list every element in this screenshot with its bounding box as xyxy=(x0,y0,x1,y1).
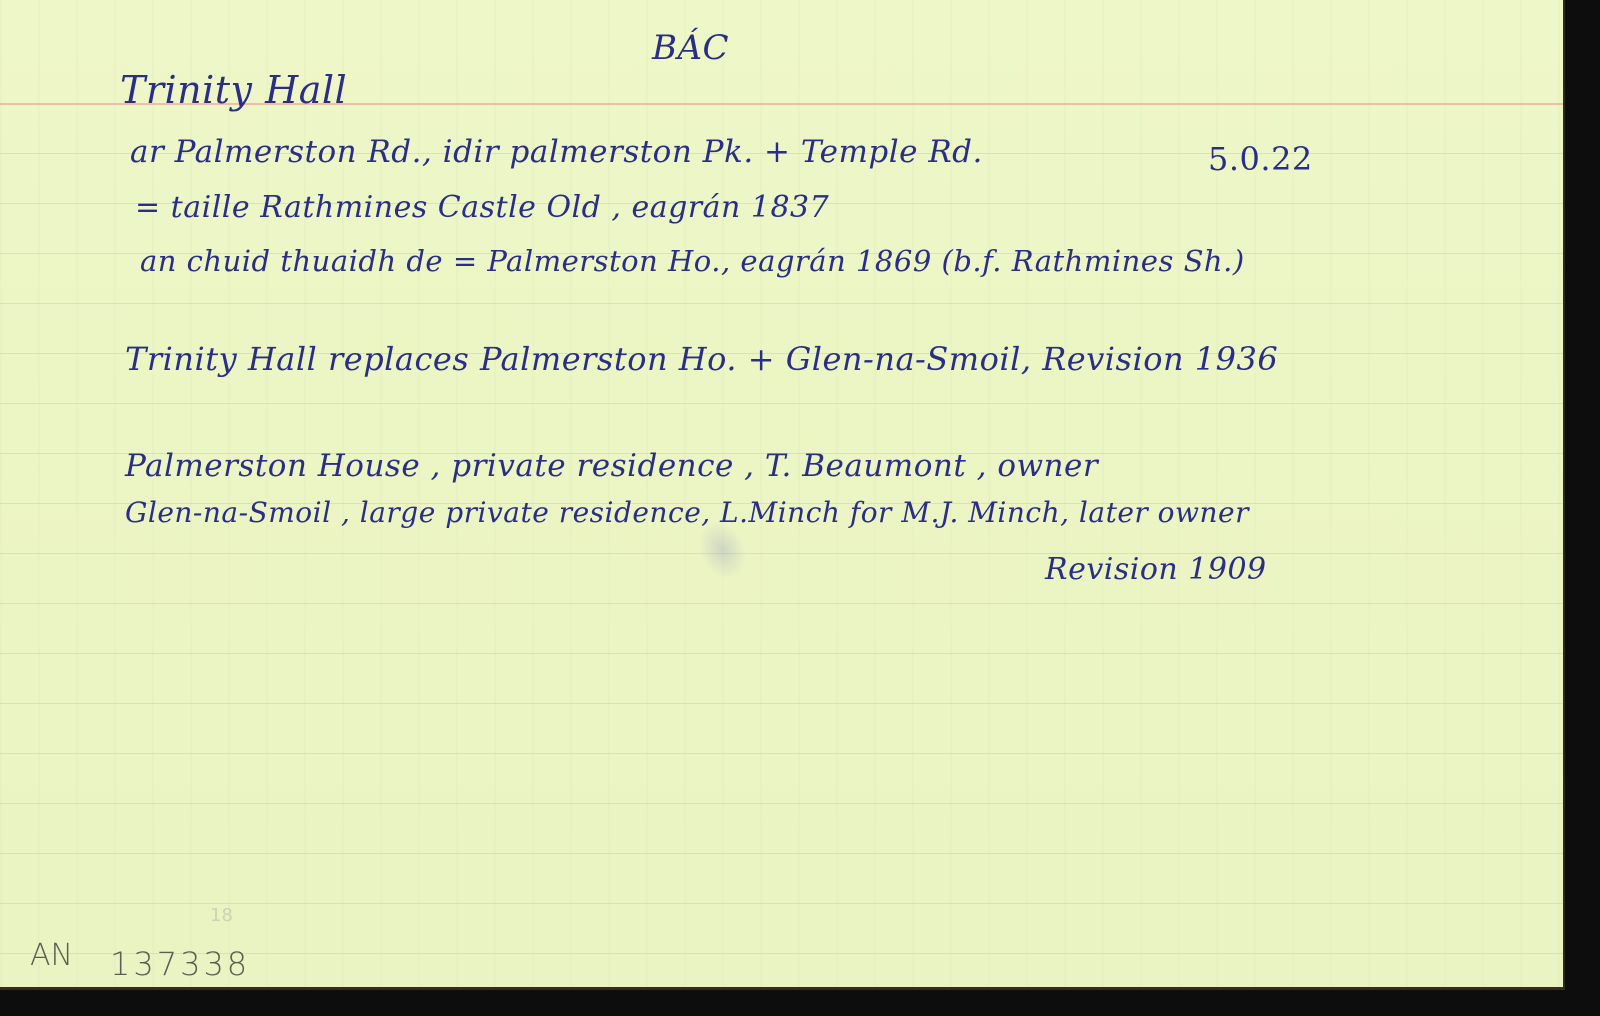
faint-pencil-mark: 18 xyxy=(210,905,233,926)
location-line: ar Palmerston Rd., idir palmerston Pk. +… xyxy=(130,134,983,170)
ruled-line xyxy=(0,903,1563,904)
north-part-line: an chuid thuaidh de = Palmerston Ho., ea… xyxy=(140,244,1245,278)
old-edition-line: = taille Rathmines Castle Old , eagrán 1… xyxy=(135,190,829,225)
ruled-line xyxy=(0,403,1563,404)
revision-line: Revision 1909 xyxy=(1045,552,1267,587)
ruled-line xyxy=(0,653,1563,654)
palmerston-house-line: Palmerston House , private residence , T… xyxy=(125,448,1098,484)
ruled-line xyxy=(0,303,1563,304)
ruled-line xyxy=(0,753,1563,754)
ruled-line xyxy=(0,603,1563,604)
card-date: 5.0.22 xyxy=(1208,140,1313,178)
replaces-line: Trinity Hall replaces Palmerston Ho. + G… xyxy=(125,340,1278,378)
header-code: BÁC xyxy=(652,28,729,68)
footer-prefix: AN xyxy=(30,938,73,973)
ruled-line xyxy=(0,853,1563,854)
ruled-line xyxy=(0,703,1563,704)
ruled-line xyxy=(0,553,1563,554)
glen-na-smoil-line: Glen-na-Smoil , large private residence,… xyxy=(125,496,1249,529)
footer-number: 137338 xyxy=(110,945,250,983)
card-title: Trinity Hall xyxy=(120,68,347,112)
ruled-line xyxy=(0,803,1563,804)
index-card: BÁC Trinity Hall ar Palmerston Rd., idir… xyxy=(0,0,1565,990)
